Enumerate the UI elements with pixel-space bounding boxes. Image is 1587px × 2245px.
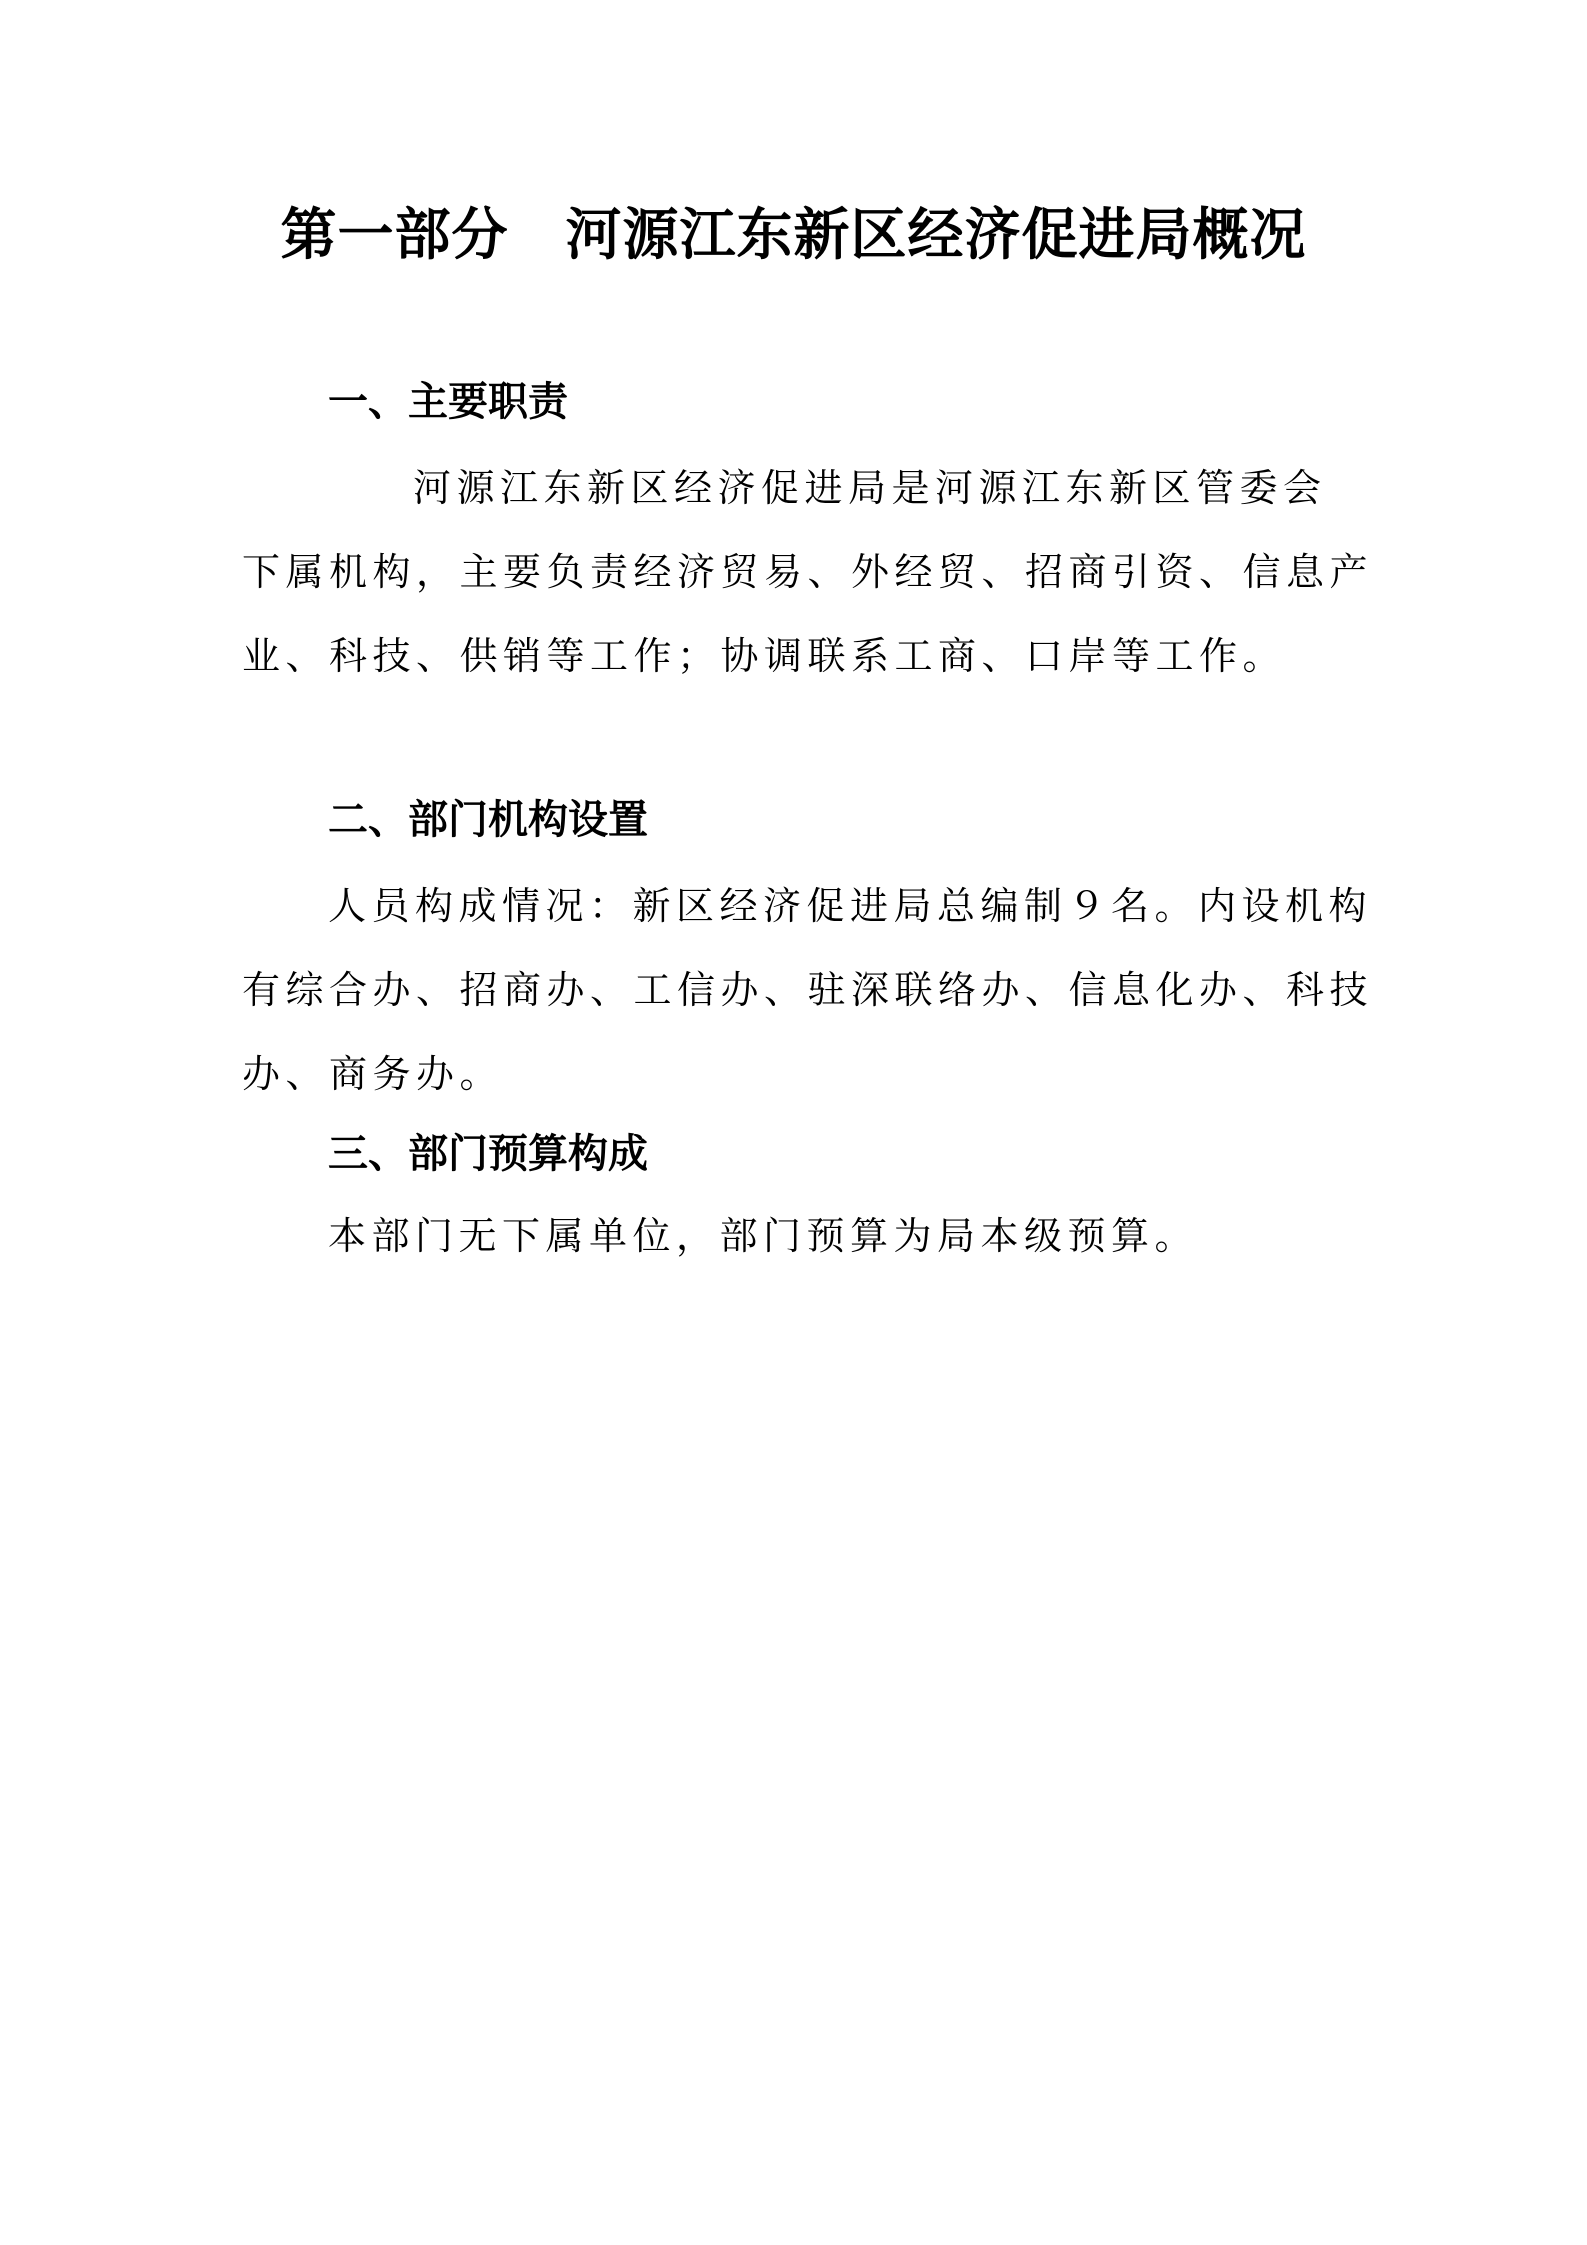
- section-heading-main-duties: 一、主要职责: [328, 374, 568, 430]
- paragraph-line: 下属机构，主要负责经济贸易、外经贸、招商引资、信息产: [242, 546, 1373, 598]
- paragraph-line: 人员构成情况：新区经济促进局总编制９名。内设机构: [328, 880, 1372, 932]
- paragraph-line: 办、商务办。: [242, 1048, 503, 1100]
- paragraph-line: 本部门无下属单位，部门预算为局本级预算。: [328, 1210, 1198, 1262]
- paragraph-line: 业、科技、供销等工作；协调联系工商、口岸等工作。: [242, 630, 1286, 682]
- document-title: 第一部分 河源江东新区经济促进局概况: [0, 200, 1587, 272]
- paragraph-line: 有综合办、招商办、工信办、驻深联络办、信息化办、科技: [242, 964, 1373, 1016]
- paragraph-line: 河源江东新区经济促进局是河源江东新区管委会: [413, 462, 1327, 514]
- section-heading-budget-composition: 三、部门预算构成: [328, 1126, 648, 1182]
- document-page: 第一部分 河源江东新区经济促进局概况 一、主要职责 河源江东新区经济促进局是河源…: [0, 0, 1587, 2245]
- section-heading-org-structure: 二、部门机构设置: [328, 792, 648, 848]
